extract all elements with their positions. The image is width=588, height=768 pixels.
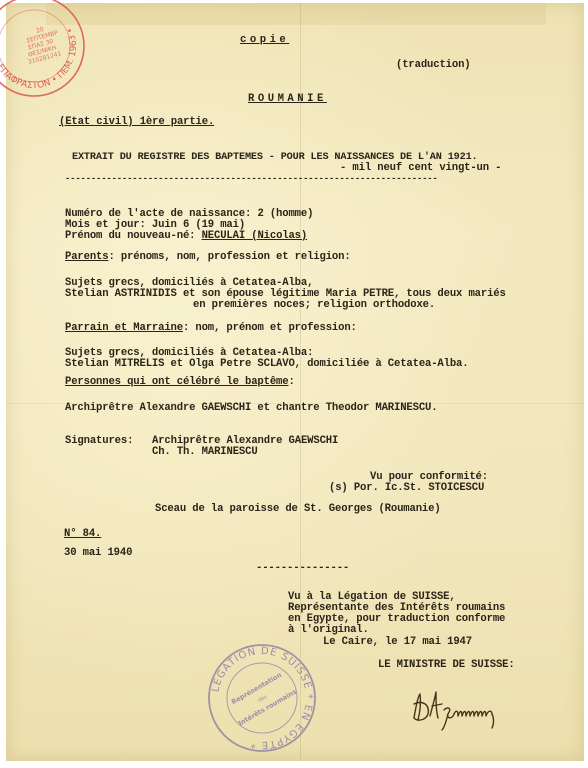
traduction-label: (traduction) bbox=[396, 60, 471, 71]
celebrants-heading-rest: : bbox=[288, 376, 294, 388]
celebrants-line1: Archiprêtre Alexandre GAEWSCHI et chantr… bbox=[65, 403, 437, 414]
godparents-heading-label: Parrain et Marraine bbox=[65, 322, 183, 334]
birth-name: Prénom du nouveau-né: NECULAI (Nicolas) bbox=[65, 231, 307, 242]
minister-title: LE MINISTRE DE SUISSE: bbox=[378, 660, 515, 671]
conformity-name: (s) Por. Ic.St. STOICESCU bbox=[329, 483, 484, 494]
parents-line3: en premières noces; religion orthodoxe. bbox=[193, 300, 435, 311]
paper-tape-strip bbox=[46, 3, 546, 25]
celebrants-heading-label: Personnes qui ont célébré le baptême bbox=[65, 376, 288, 388]
copie-label: copie bbox=[240, 35, 289, 46]
name-value: NECULAI (Nicolas) bbox=[202, 230, 308, 242]
signatures-label: Signatures: bbox=[65, 436, 133, 447]
parents-heading: Parents: prénoms, nom, profession et rel… bbox=[65, 252, 351, 263]
parish-seal-text: Sceau de la paroisse de St. Georges (Rou… bbox=[155, 504, 441, 515]
parents-heading-rest: : prénoms, nom, profession et religion: bbox=[108, 251, 350, 263]
minister-signature-icon bbox=[408, 688, 518, 733]
red-postal-stamp-icon: ΕΠΑΦΡΑΣΤΟΝ • ΠΕΜ. 1963 • 20 ΣΕΠΤΕΜΒΡ ΕΠΑ… bbox=[0, 0, 90, 102]
name-label: Prénom du nouveau-né: bbox=[65, 230, 195, 242]
country-title: ROUMANIE bbox=[248, 94, 327, 105]
registry-number: N° 84. bbox=[64, 529, 101, 540]
extract-title-rule: ----------------------------------------… bbox=[65, 174, 438, 185]
celebrants-heading: Personnes qui ont célébré le baptême: bbox=[65, 377, 295, 388]
svg-text:des: des bbox=[257, 694, 268, 704]
godparents-line2: Stelian MITRELIS et Olga Petre SCLAVO, d… bbox=[65, 359, 468, 370]
legation-line4: à l'original. bbox=[288, 625, 369, 636]
section-title: (Etat civil) 1ère partie. bbox=[59, 117, 214, 128]
legation-place-date: Le Caire, le 17 mai 1947 bbox=[323, 637, 472, 648]
registry-date: 30 mai 1940 bbox=[64, 548, 132, 559]
parents-heading-label: Parents bbox=[65, 251, 108, 263]
godparents-heading-rest: : nom, prénom et profession: bbox=[183, 322, 357, 334]
godparents-heading: Parrain et Marraine: nom, prénom et prof… bbox=[65, 323, 357, 334]
registry-rule: --------------- bbox=[256, 563, 349, 574]
acte-value: 2 (homme) bbox=[257, 208, 313, 220]
signatures-line2: Ch. Th. MARINESCU bbox=[152, 447, 258, 458]
swiss-legation-stamp-icon: LÉGATION DE SUISSE * EN EGYPTE * Représe… bbox=[206, 642, 318, 754]
extract-title-line2: - mil neuf cent vingt-un - bbox=[340, 163, 501, 174]
